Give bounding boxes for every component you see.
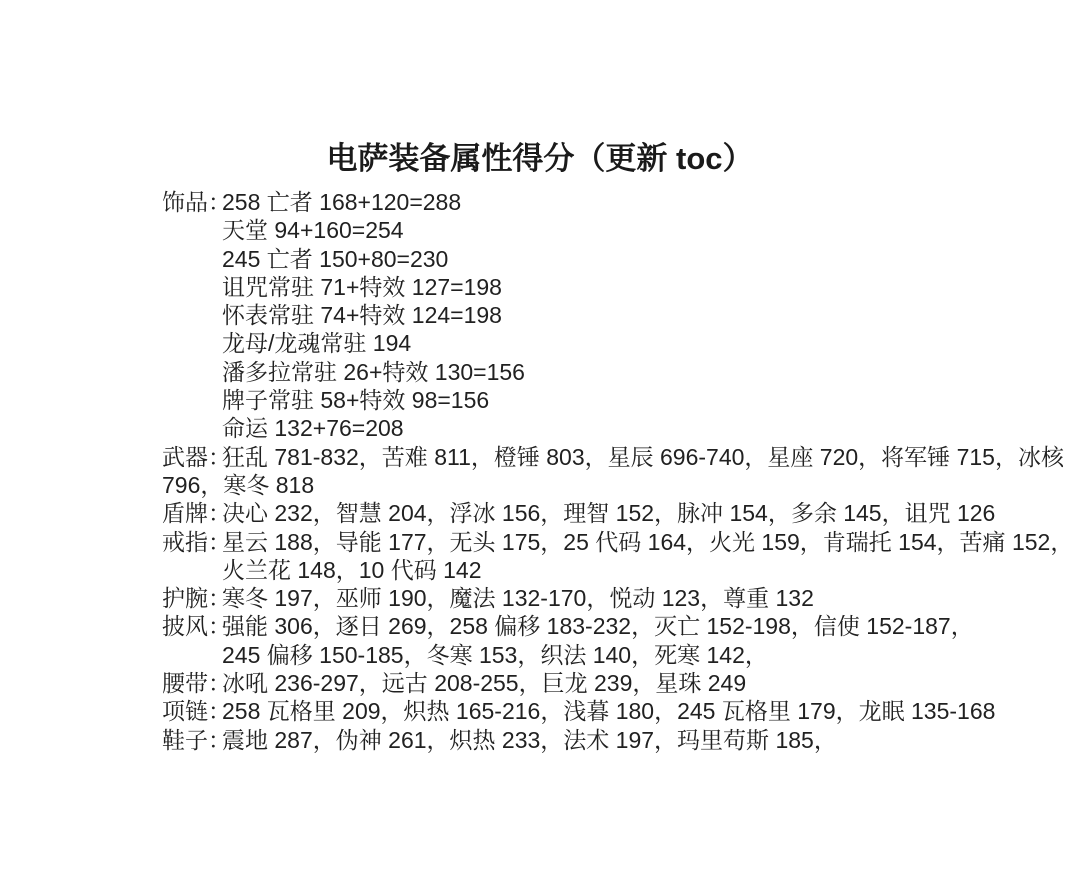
section-label: 戒指： (162, 528, 222, 556)
section-label: 护腕： (162, 584, 222, 612)
section-line-first: 鞋子：震地 287，伪神 261，炽热 233，法术 197，玛里苟斯 185， (162, 726, 962, 754)
section-line-first: 武器：狂乱 781-832，苦难 811，橙锤 803，星辰 696-740，星… (162, 443, 962, 471)
document-page: 电萨装备属性得分（更新 toc） 饰品：258 亡者 168+120=288天堂… (0, 0, 1080, 882)
section-line-first: 盾牌：决心 232，智慧 204，浮冰 156，理智 152，脉冲 154，多余… (162, 499, 962, 527)
page-title: 电萨装备属性得分（更新 toc） (0, 136, 1080, 182)
section-line-first: 戒指：星云 188，导能 177，无头 175，25 代码 164，火光 159… (162, 528, 962, 556)
section-text: 强能 306，逐日 269，258 偏移 183-232，灭亡 152-198，… (222, 613, 974, 639)
section-line-continuation: 龙母/龙魂常驻 194 (162, 329, 962, 357)
score-list: 饰品：258 亡者 168+120=288天堂 94+160=254245 亡者… (162, 188, 962, 754)
section-label: 项链： (162, 697, 222, 725)
section-text: 寒冬 197，巫师 190，魔法 132-170，悦动 123，尊重 132 (222, 585, 814, 611)
section-label: 饰品： (162, 188, 222, 216)
section-line-first: 披风：强能 306，逐日 269，258 偏移 183-232，灭亡 152-1… (162, 612, 962, 640)
section-text: 决心 232，智慧 204，浮冰 156，理智 152，脉冲 154，多余 14… (222, 500, 995, 526)
section-line-continuation: 怀表常驻 74+特效 124=198 (162, 301, 962, 329)
section-line-continuation: 火兰花 148，10 代码 142 (162, 556, 962, 584)
section-line-continuation: 天堂 94+160=254 (162, 216, 962, 244)
section-text: 258 亡者 168+120=288 (222, 189, 461, 215)
section-line-first: 饰品：258 亡者 168+120=288 (162, 188, 962, 216)
section-line-continuation: 潘多拉常驻 26+特效 130=156 (162, 358, 962, 386)
section-line-continuation: 牌子常驻 58+特效 98=156 (162, 386, 962, 414)
section-line-first: 护腕：寒冬 197，巫师 190，魔法 132-170，悦动 123，尊重 13… (162, 584, 962, 612)
section-line-first: 项链：258 瓦格里 209，炽热 165-216，浅暮 180，245 瓦格里… (162, 697, 962, 725)
section-line-continuation: 245 亡者 150+80=230 (162, 245, 962, 273)
section-line-first: 腰带：冰吼 236-297，远古 208-255，巨龙 239，星珠 249 (162, 669, 962, 697)
section-line-continuation: 796，寒冬 818 (162, 471, 962, 499)
section-label: 披风： (162, 612, 222, 640)
section-text: 狂乱 781-832，苦难 811，橙锤 803，星辰 696-740，星座 7… (222, 444, 1064, 470)
section-line-continuation: 245 偏移 150-185，冬寒 153，织法 140，死寒 142， (162, 641, 962, 669)
section-text: 冰吼 236-297，远古 208-255，巨龙 239，星珠 249 (222, 670, 746, 696)
section-label: 盾牌： (162, 499, 222, 527)
section-label: 鞋子： (162, 726, 222, 754)
section-text: 星云 188，导能 177，无头 175，25 代码 164，火光 159，肯瑞… (222, 529, 1073, 555)
section-text: 258 瓦格里 209，炽热 165-216，浅暮 180，245 瓦格里 17… (222, 698, 995, 724)
section-line-continuation: 诅咒常驻 71+特效 127=198 (162, 273, 962, 301)
section-line-continuation: 命运 132+76=208 (162, 414, 962, 442)
section-label: 腰带： (162, 669, 222, 697)
section-text: 震地 287，伪神 261，炽热 233，法术 197，玛里苟斯 185， (222, 727, 837, 753)
section-label: 武器： (162, 443, 222, 471)
